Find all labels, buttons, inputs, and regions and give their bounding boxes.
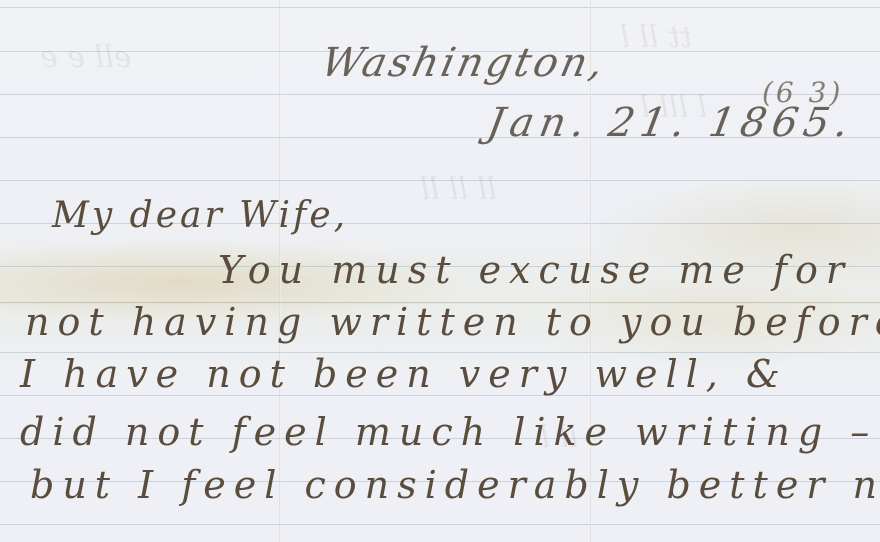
letter-line: not having written to you before. — [25, 300, 880, 344]
rule-line — [0, 7, 880, 8]
letter-line: You must excuse me for — [218, 248, 852, 292]
letter-line: but I feel considerably better now — [30, 463, 880, 507]
rule-line — [0, 524, 880, 525]
bleed-through-text: ll ll ll — [420, 172, 497, 207]
letter-page: ell e e tt ll l l lll l ll ll ll ll l Wa… — [0, 0, 880, 542]
rule-line — [0, 94, 880, 95]
letter-salutation: My dear Wife, — [52, 195, 348, 236]
archival-annotation: (6 3) — [762, 76, 843, 109]
letter-line: did not feel much like writing – — [20, 410, 877, 454]
bleed-through-text: tt ll l — [620, 20, 692, 55]
letter-place: Washington, — [317, 40, 610, 86]
letter-line: I have not been very well, & — [20, 352, 788, 396]
bleed-through-text: ell e e — [40, 40, 132, 75]
